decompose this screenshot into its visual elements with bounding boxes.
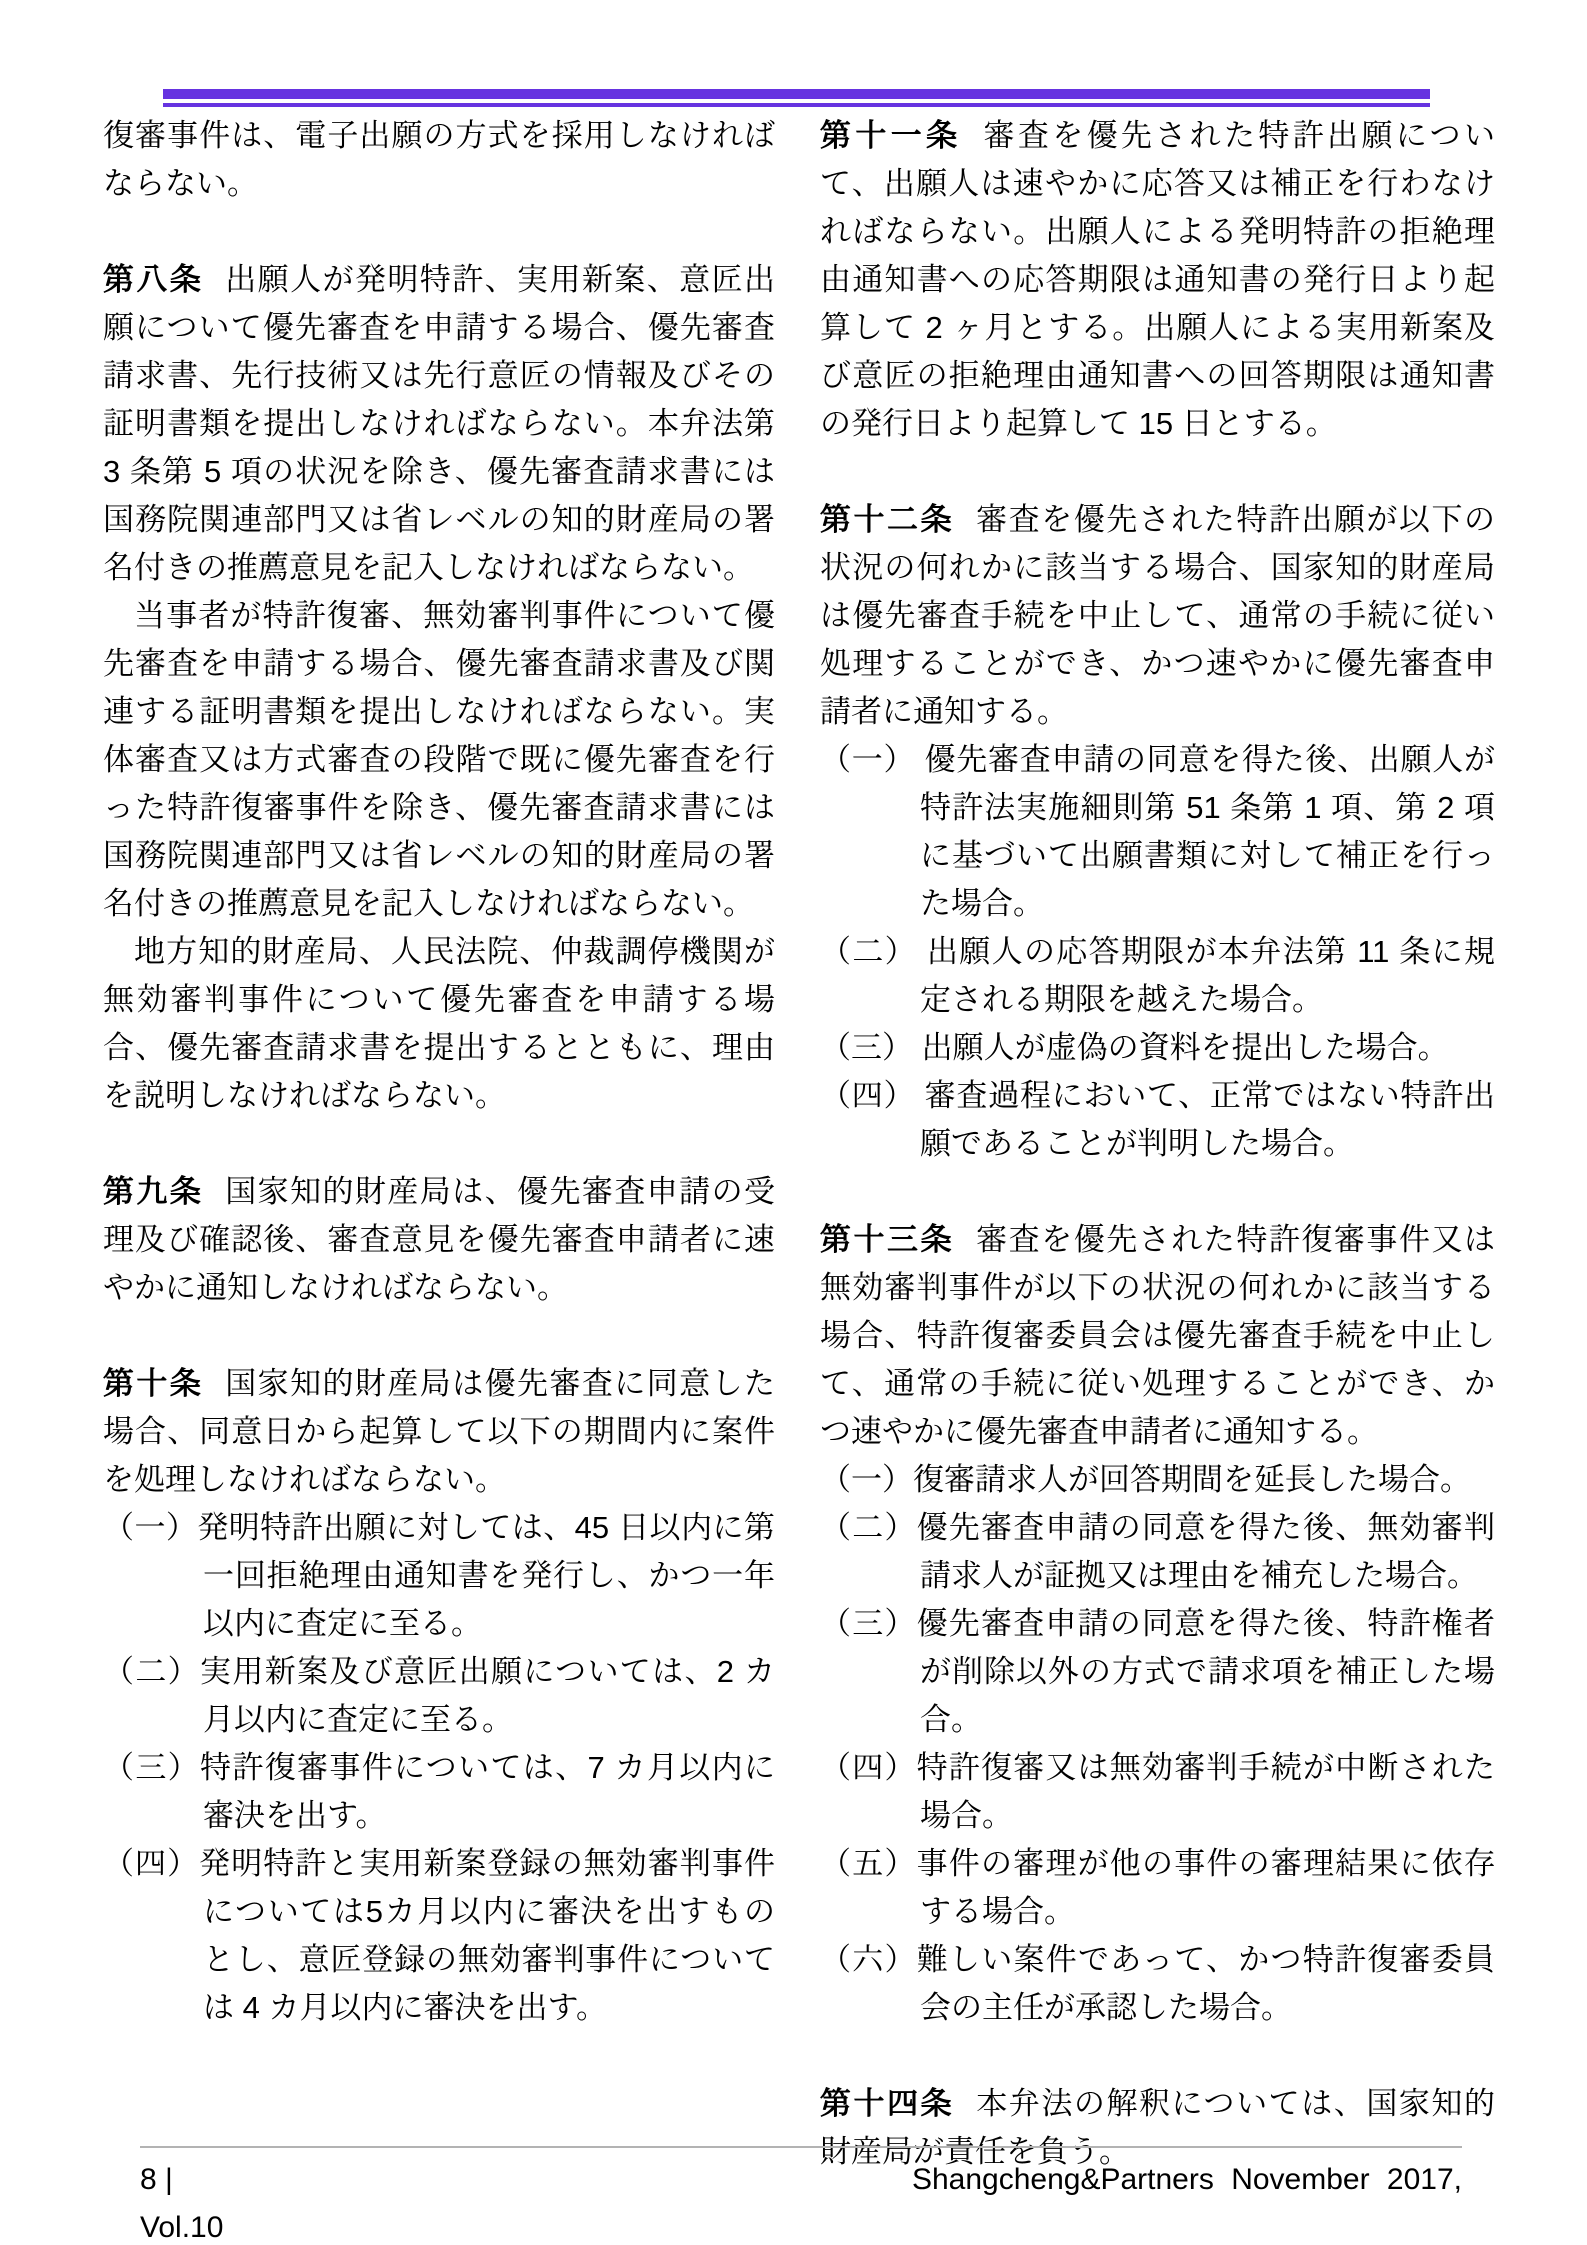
- item-text: 難しい案件であって、かつ特許復審委員会の主任が承認した場合。: [917, 1942, 1495, 2025]
- item-text: 発明特許と実用新案登録の無効審判事件については5カ月以内に審決を出すものとし、意…: [199, 1846, 775, 2025]
- article-text: 審査を優先された特許出願について、出願人は速やかに応答又は補正を行わなければなら…: [820, 118, 1495, 441]
- article-paragraph: 第十二条審査を優先された特許出願が以下の状況の何れかに該当する場合、国家知的財産…: [820, 496, 1495, 736]
- list-item: （四）発明特許と実用新案登録の無効審判事件については5カ月以内に審決を出すものと…: [103, 1840, 775, 2032]
- item-marker: （一）: [103, 1510, 197, 1545]
- item-marker: （五）: [820, 1846, 917, 1881]
- column-right: 第十一条審査を優先された特許出願について、出願人は速やかに応答又は補正を行わなけ…: [820, 112, 1495, 2176]
- article-paragraph: 第十条国家知的財産局は優先審査に同意した場合、同意日から起算して以下の期間内に案…: [103, 1360, 775, 1504]
- item-text: 出願人が虚偽の資料を提出した場合。: [922, 1030, 1449, 1065]
- paragraph-gap: [820, 1168, 1495, 1216]
- list-item: （一）復審請求人が回答期間を延長した場合。: [820, 1456, 1495, 1504]
- list-item: （一）発明特許出願に対しては、45 日以内に第一回拒絶理由通知書を発行し、かつ一…: [103, 1504, 775, 1648]
- article-number: 第十四条: [820, 2086, 976, 2121]
- footer-source: Shangcheng&Partners November 2017,: [912, 2156, 1462, 2204]
- article-paragraph: 第八条出願人が発明特許、実用新案、意匠出願について優先審査を申請する場合、優先審…: [103, 256, 775, 592]
- list-item: （六）難しい案件であって、かつ特許復審委員会の主任が承認した場合。: [820, 1936, 1495, 2032]
- item-text: 優先審査申請の同意を得た後、特許権者が削除以外の方式で請求項を補正した場合。: [917, 1606, 1495, 1737]
- item-marker: （二）: [820, 934, 927, 969]
- footer: 8 | Shangcheng&Partners November 2017, V…: [140, 2146, 1462, 2245]
- paragraph-gap: [103, 208, 775, 256]
- item-marker: （二）: [103, 1654, 200, 1689]
- article-paragraph: 第九条国家知的財産局は、優先審査申請の受理及び確認後、審査意見を優先審査申請者に…: [103, 1168, 775, 1312]
- paragraph: 復審事件は、電子出願の方式を採用しなければならない。: [103, 112, 775, 208]
- item-text: 出願人の応答期限が本弁法第 11 条に規定される期限を越えた場合。: [920, 934, 1495, 1017]
- top-rule-thin: [163, 103, 1430, 107]
- paragraph: 当事者が特許復審、無効審判事件について優先審査を申請する場合、優先審査請求書及び…: [103, 592, 775, 928]
- item-marker: （四）: [820, 1750, 917, 1785]
- footer-volume: Vol.10: [140, 2204, 1462, 2245]
- article-text: 出願人が発明特許、実用新案、意匠出願について優先審査を申請する場合、優先審査請求…: [103, 262, 775, 585]
- article-number: 第十条: [103, 1366, 225, 1401]
- article-number: 第十三条: [820, 1222, 976, 1257]
- article-paragraph: 第十三条審査を優先された特許復審事件又は無効審判事件が以下の状況の何れかに該当す…: [820, 1216, 1495, 1456]
- top-rule-thick: [163, 89, 1430, 99]
- item-marker: （一）: [820, 742, 925, 777]
- item-text: 復審請求人が回答期間を延長した場合。: [913, 1462, 1471, 1497]
- list-item: （三）優先審査申請の同意を得た後、特許権者が削除以外の方式で請求項を補正した場合…: [820, 1600, 1495, 1744]
- item-marker: （二）: [820, 1510, 917, 1545]
- footer-row: 8 | Shangcheng&Partners November 2017,: [140, 2156, 1462, 2204]
- list-item: （四） 審査過程において、正常ではない特許出願であることが判明した場合。: [820, 1072, 1495, 1168]
- item-text: 事件の審理が他の事件の審理結果に依存する場合。: [917, 1846, 1495, 1929]
- article-number: 第九条: [103, 1174, 225, 1209]
- list-item: （五）事件の審理が他の事件の審理結果に依存する場合。: [820, 1840, 1495, 1936]
- article-number: 第八条: [103, 262, 225, 297]
- item-marker: （三）: [820, 1606, 917, 1641]
- list-item: （四）特許復審又は無効審判手続が中断された場合。: [820, 1744, 1495, 1840]
- paragraph-gap: [103, 1120, 775, 1168]
- paragraph-gap: [820, 448, 1495, 496]
- list-item: （三）特許復審事件については、7 カ月以内に審決を出す。: [103, 1744, 775, 1840]
- article-number: 第十二条: [820, 502, 976, 537]
- list-item: （二） 出願人の応答期限が本弁法第 11 条に規定される期限を越えた場合。: [820, 928, 1495, 1024]
- list-item: （二）優先審査申請の同意を得た後、無効審判請求人が証拠又は理由を補充した場合。: [820, 1504, 1495, 1600]
- list-item: （一） 優先審査申請の同意を得た後、出願人が特許法実施細則第 51 条第 1 項…: [820, 736, 1495, 928]
- footer-page-number: 8 |: [140, 2156, 173, 2204]
- item-marker: （三）: [820, 1030, 922, 1065]
- item-text: 特許復審事件については、7 カ月以内に審決を出す。: [200, 1750, 775, 1833]
- item-marker: （四）: [820, 1078, 925, 1113]
- item-marker: （六）: [820, 1942, 917, 1977]
- paragraph-gap: [820, 2032, 1495, 2080]
- column-left: 復審事件は、電子出願の方式を採用しなければならない。第八条出願人が発明特許、実用…: [103, 112, 775, 2032]
- item-text: 特許復審又は無効審判手続が中断された場合。: [917, 1750, 1495, 1833]
- list-item: （三） 出願人が虚偽の資料を提出した場合。: [820, 1024, 1495, 1072]
- item-text: 実用新案及び意匠出願については、2 カ月以内に査定に至る。: [200, 1654, 775, 1737]
- item-text: 優先審査申請の同意を得た後、無効審判請求人が証拠又は理由を補充した場合。: [917, 1510, 1495, 1593]
- item-text: 審査過程において、正常ではない特許出願であることが判明した場合。: [920, 1078, 1495, 1161]
- document-page: 復審事件は、電子出願の方式を採用しなければならない。第八条出願人が発明特許、実用…: [0, 0, 1587, 2245]
- item-marker: （一）: [820, 1462, 913, 1497]
- article-paragraph: 第十一条審査を優先された特許出願について、出願人は速やかに応答又は補正を行わなけ…: [820, 112, 1495, 448]
- article-number: 第十一条: [820, 118, 983, 153]
- item-text: 発明特許出願に対しては、45 日以内に第一回拒絶理由通知書を発行し、かつ一年以内…: [197, 1510, 775, 1641]
- list-item: （二）実用新案及び意匠出願については、2 カ月以内に査定に至る。: [103, 1648, 775, 1744]
- item-text: 優先審査申請の同意を得た後、出願人が特許法実施細則第 51 条第 1 項、第 2…: [920, 742, 1495, 921]
- paragraph-gap: [103, 1312, 775, 1360]
- item-marker: （三）: [103, 1750, 200, 1785]
- paragraph: 地方知的財産局、人民法院、仲裁調停機関が無効審判事件について優先審査を申請する場…: [103, 928, 775, 1120]
- item-marker: （四）: [103, 1846, 199, 1881]
